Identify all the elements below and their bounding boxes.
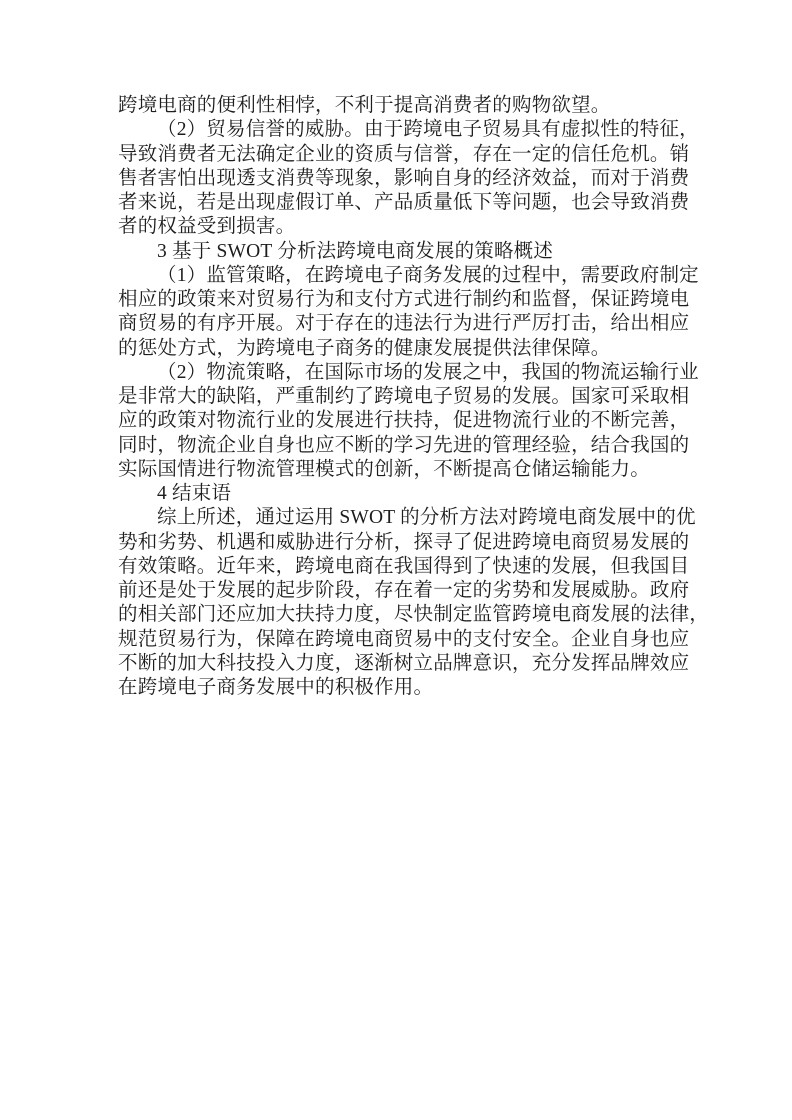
text-line: （1）监管策略，在跨境电子商务发展的过程中，需要政府制定 xyxy=(118,264,678,288)
paragraph: （2）贸易信誉的威胁。由于跨境电子贸易具有虚拟性的特征，导致消费者无法确定企业的… xyxy=(118,118,678,239)
text-line: 综上所述，通过运用 SWOT 的分析方法对跨境电商发展中的优 xyxy=(118,506,678,530)
text-line: 跨境电商的便利性相悖，不利于提高消费者的购物欲望。 xyxy=(118,94,678,118)
section-heading: 4 结束语 xyxy=(118,482,678,506)
text-line: 同时，物流企业自身也应不断的学习先进的管理经验，结合我国的 xyxy=(118,434,678,458)
text-line: （2）物流策略，在国际市场的发展之中，我国的物流运输行业 xyxy=(118,361,678,385)
document-page: 跨境电商的便利性相悖，不利于提高消费者的购物欲望。（2）贸易信誉的威胁。由于跨境… xyxy=(0,0,792,1120)
paragraph: （2）物流策略，在国际市场的发展之中，我国的物流运输行业是非常大的缺陷，严重制约… xyxy=(118,361,678,482)
text-line: 3 基于 SWOT 分析法跨境电商发展的策略概述 xyxy=(118,240,678,264)
text-line: 势和劣势、机遇和威胁进行分析，探寻了促进跨境电商贸易发展的 xyxy=(118,531,678,555)
paragraph: 综上所述，通过运用 SWOT 的分析方法对跨境电商发展中的优势和劣势、机遇和威胁… xyxy=(118,506,678,700)
text-line: 相应的政策来对贸易行为和支付方式进行制约和监督，保证跨境电 xyxy=(118,288,678,312)
text-line: 商贸易的有序开展。对于存在的违法行为进行严厉打击，给出相应 xyxy=(118,312,678,336)
text-line: 不断的加大科技投入力度，逐渐树立品牌意识，充分发挥品牌效应 xyxy=(118,652,678,676)
text-line: （2）贸易信誉的威胁。由于跨境电子贸易具有虚拟性的特征， xyxy=(118,118,678,142)
text-line: 售者害怕出现透支消费等现象，影响自身的经济效益，而对于消费 xyxy=(118,167,678,191)
text-line: 规范贸易行为，保障在跨境电商贸易中的支付安全。企业自身也应 xyxy=(118,628,678,652)
text-line: 有效策略。近年来，跨境电商在我国得到了快速的发展，但我国目 xyxy=(118,555,678,579)
paragraph: （1）监管策略，在跨境电子商务发展的过程中，需要政府制定相应的政策来对贸易行为和… xyxy=(118,264,678,361)
paragraph: 跨境电商的便利性相悖，不利于提高消费者的购物欲望。 xyxy=(118,94,678,118)
text-line: 者来说，若是出现虚假订单、产品质量低下等问题，也会导致消费 xyxy=(118,191,678,215)
text-line: 4 结束语 xyxy=(118,482,678,506)
text-line: 前还是处于发展的起步阶段，存在着一定的劣势和发展威胁。政府 xyxy=(118,579,678,603)
text-line: 实际国情进行物流管理模式的创新，不断提高仓储运输能力。 xyxy=(118,458,678,482)
text-line: 在跨境电子商务发展中的积极作用。 xyxy=(118,676,678,700)
text-line: 导致消费者无法确定企业的资质与信誉，存在一定的信任危机。销 xyxy=(118,143,678,167)
text-line: 的惩处方式，为跨境电子商务的健康发展提供法律保障。 xyxy=(118,337,678,361)
text-line: 者的权益受到损害。 xyxy=(118,215,678,239)
text-line: 是非常大的缺陷，严重制约了跨境电子贸易的发展。国家可采取相 xyxy=(118,385,678,409)
text-block: 跨境电商的便利性相悖，不利于提高消费者的购物欲望。（2）贸易信誉的威胁。由于跨境… xyxy=(118,94,678,700)
section-heading: 3 基于 SWOT 分析法跨境电商发展的策略概述 xyxy=(118,240,678,264)
text-line: 应的政策对物流行业的发展进行扶持，促进物流行业的不断完善， xyxy=(118,409,678,433)
text-line: 的相关部门还应加大扶持力度，尽快制定监管跨境电商发展的法律， xyxy=(118,603,678,627)
